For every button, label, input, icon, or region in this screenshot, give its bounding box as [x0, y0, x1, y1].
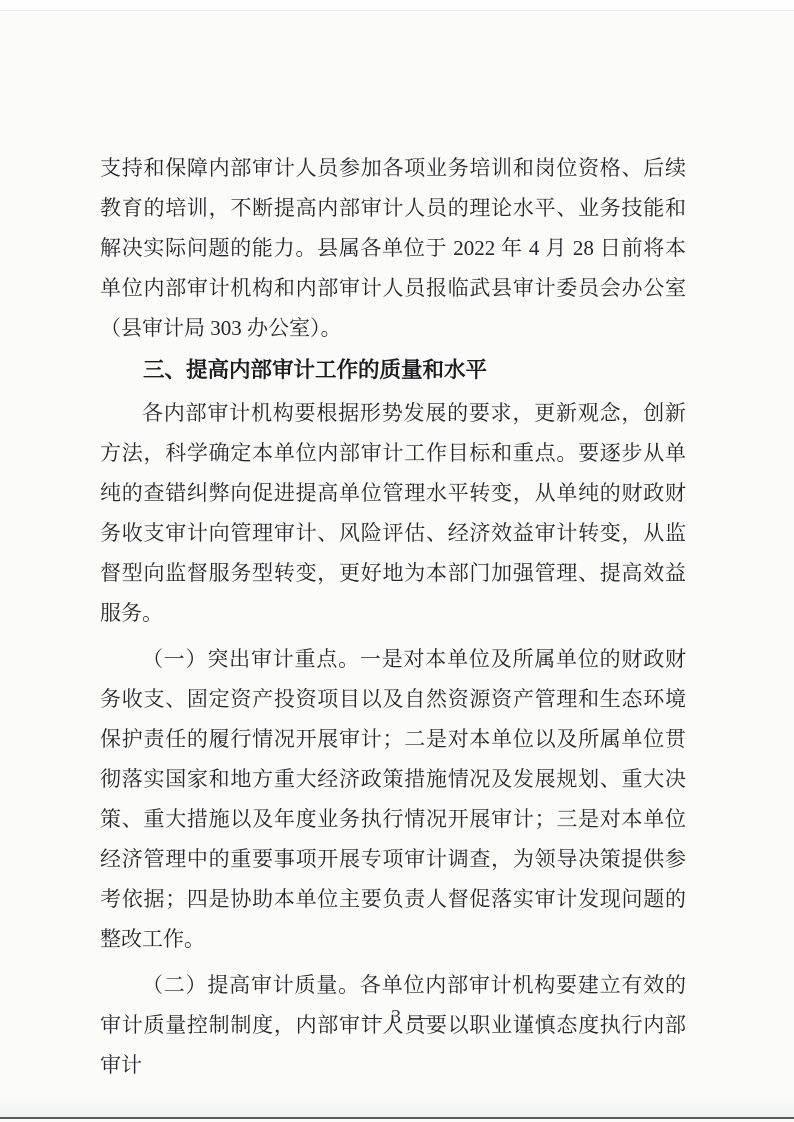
paragraph-continuation: 支持和保障内部审计人员参加各项业务培训和岗位资格、后续教育的培训，不断提高内部审…	[100, 148, 686, 348]
section-heading: 三、提高内部审计工作的质量和水平	[100, 350, 686, 390]
paragraph: 各内部审计机构要根据形势发展的要求，更新观念，创新方法，科学确定本单位内部审计工…	[100, 393, 686, 633]
document-page: 支持和保障内部审计人员参加各项业务培训和岗位资格、后续教育的培训，不断提高内部审…	[0, 0, 794, 1122]
scan-haze-bottom	[0, 1096, 794, 1117]
scan-edge-top	[0, 0, 794, 11]
scan-edge-bottom	[0, 1117, 794, 1119]
paragraph-item-1: （一）突出审计重点。一是对本单位及所属单位的财政财务收支、固定资产投资项目以及自…	[100, 639, 686, 959]
page-number: — 3 —	[0, 1002, 794, 1032]
page-content: 支持和保障内部审计人员参加各项业务培训和岗位资格、后续教育的培训，不断提高内部审…	[100, 148, 686, 1085]
